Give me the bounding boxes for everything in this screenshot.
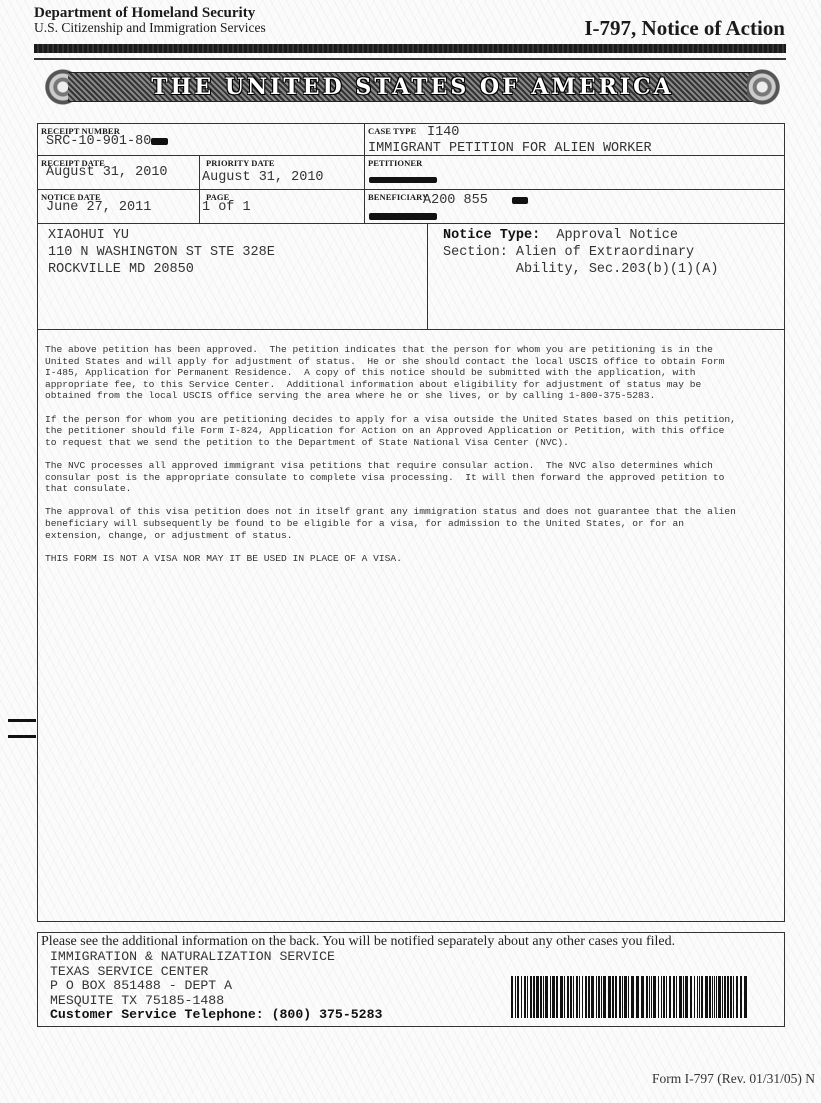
body-paragraph: THIS FORM IS NOT A VISA NOR MAY IT BE US… (45, 553, 783, 565)
page-cell: PAGE 1 of 1 (200, 190, 365, 223)
receipt-number-cell: RECEIPT NUMBER SRC-10-901-80 (38, 124, 365, 156)
notice-type-value: Approval Notice (556, 228, 678, 243)
column-divider (427, 223, 428, 329)
case-info-grid: RECEIPT NUMBER SRC-10-901-80 CASE TYPE I… (37, 123, 785, 224)
body-paragraph: The above petition has been approved. Th… (45, 344, 783, 402)
priority-date-value: August 31, 2010 (202, 170, 324, 185)
body-paragraph: The approval of this visa petition does … (45, 506, 783, 541)
engraved-banner: THE UNITED STATES OF AMERICA (40, 66, 785, 108)
body-paragraph: If the person for whom you are petitioni… (45, 414, 783, 449)
office-line: P O BOX 851488 - DEPT A (50, 978, 232, 993)
barcode-icon (511, 976, 751, 1018)
addressee-block: XIAOHUI YU 110 N WASHINGTON ST STE 328E … (48, 227, 275, 278)
receipt-date-value: August 31, 2010 (46, 165, 168, 180)
fold-mark (8, 719, 36, 722)
receipt-number-value: SRC-10-901-80 (46, 134, 151, 149)
beneficiary-label: BENEFICIARY (368, 192, 428, 202)
notice-body-box: The above petition has been approved. Th… (37, 329, 785, 922)
beneficiary-name-redaction (369, 213, 437, 220)
notice-type-label: Notice Type: (443, 228, 540, 243)
office-line: TEXAS SERVICE CENTER (50, 964, 208, 979)
addressee-city: ROCKVILLE MD 20850 (48, 261, 275, 278)
page-value: 1 of 1 (202, 200, 251, 215)
beneficiary-a-number: A200 855 (423, 193, 488, 208)
priority-date-cell: PRIORITY DATE August 31, 2010 (200, 156, 365, 190)
section-value-line2: Ability, Sec.203(b)(1)(A) (516, 262, 719, 277)
petitioner-label: PETITIONER (368, 158, 422, 168)
receipt-date-cell: RECEIPT DATE August 31, 2010 (38, 156, 200, 190)
petitioner-cell: PETITIONER (365, 156, 785, 190)
fold-mark (8, 735, 36, 738)
phone-label: Customer Service Telephone: (50, 1007, 264, 1022)
office-line: MESQUITE TX 75185-1488 (50, 993, 224, 1008)
case-type-code: I140 (427, 125, 459, 140)
priority-date-label: PRIORITY DATE (206, 158, 275, 168)
header-thin-rule (34, 58, 786, 60)
notice-date-cell: NOTICE DATE June 27, 2011 (38, 190, 200, 223)
notice-type-block: Notice Type: Approval Notice Section: Al… (443, 227, 718, 278)
body-paragraph: The NVC processes all approved immigrant… (45, 460, 783, 495)
phone-number: (800) 375-5283 (272, 1007, 383, 1022)
service-center-address: IMMIGRATION & NATURALIZATION SERVICE TEX… (50, 950, 382, 1023)
addressee-street: 110 N WASHINGTON ST STE 328E (48, 244, 275, 261)
banner-text: THE UNITED STATES OF AMERICA (151, 74, 673, 100)
case-type-description: IMMIGRANT PETITION FOR ALIEN WORKER (368, 141, 652, 156)
agency-name: U.S. Citizenship and Immigration Service… (34, 20, 266, 36)
redaction-mark (512, 197, 528, 204)
notice-date-value: June 27, 2011 (46, 200, 151, 215)
beneficiary-cell: BENEFICIARY A200 855 (365, 190, 785, 223)
section-label: Section: (443, 245, 508, 260)
rosette-ornament-icon (747, 66, 785, 108)
office-line: IMMIGRATION & NATURALIZATION SERVICE (50, 949, 335, 964)
addressee-name: XIAOHUI YU (48, 227, 275, 244)
petitioner-redaction (369, 177, 437, 183)
additional-info-note: Please see the additional information on… (41, 934, 675, 950)
header-thick-rule (34, 44, 786, 53)
form-title: I-797, Notice of Action (584, 16, 785, 41)
service-center-box: Please see the additional information on… (37, 932, 785, 1027)
notice-body-text: The above petition has been approved. Th… (45, 344, 783, 576)
redaction-mark (151, 138, 168, 145)
form-revision: Form I-797 (Rev. 01/31/05) N (652, 1071, 815, 1087)
addressee-notice-box: XIAOHUI YU 110 N WASHINGTON ST STE 328E … (37, 223, 785, 330)
case-type-cell: CASE TYPE I140 IMMIGRANT PETITION FOR AL… (365, 124, 785, 156)
case-type-label: CASE TYPE (368, 126, 416, 136)
section-value-line1: Alien of Extraordinary (516, 245, 694, 260)
